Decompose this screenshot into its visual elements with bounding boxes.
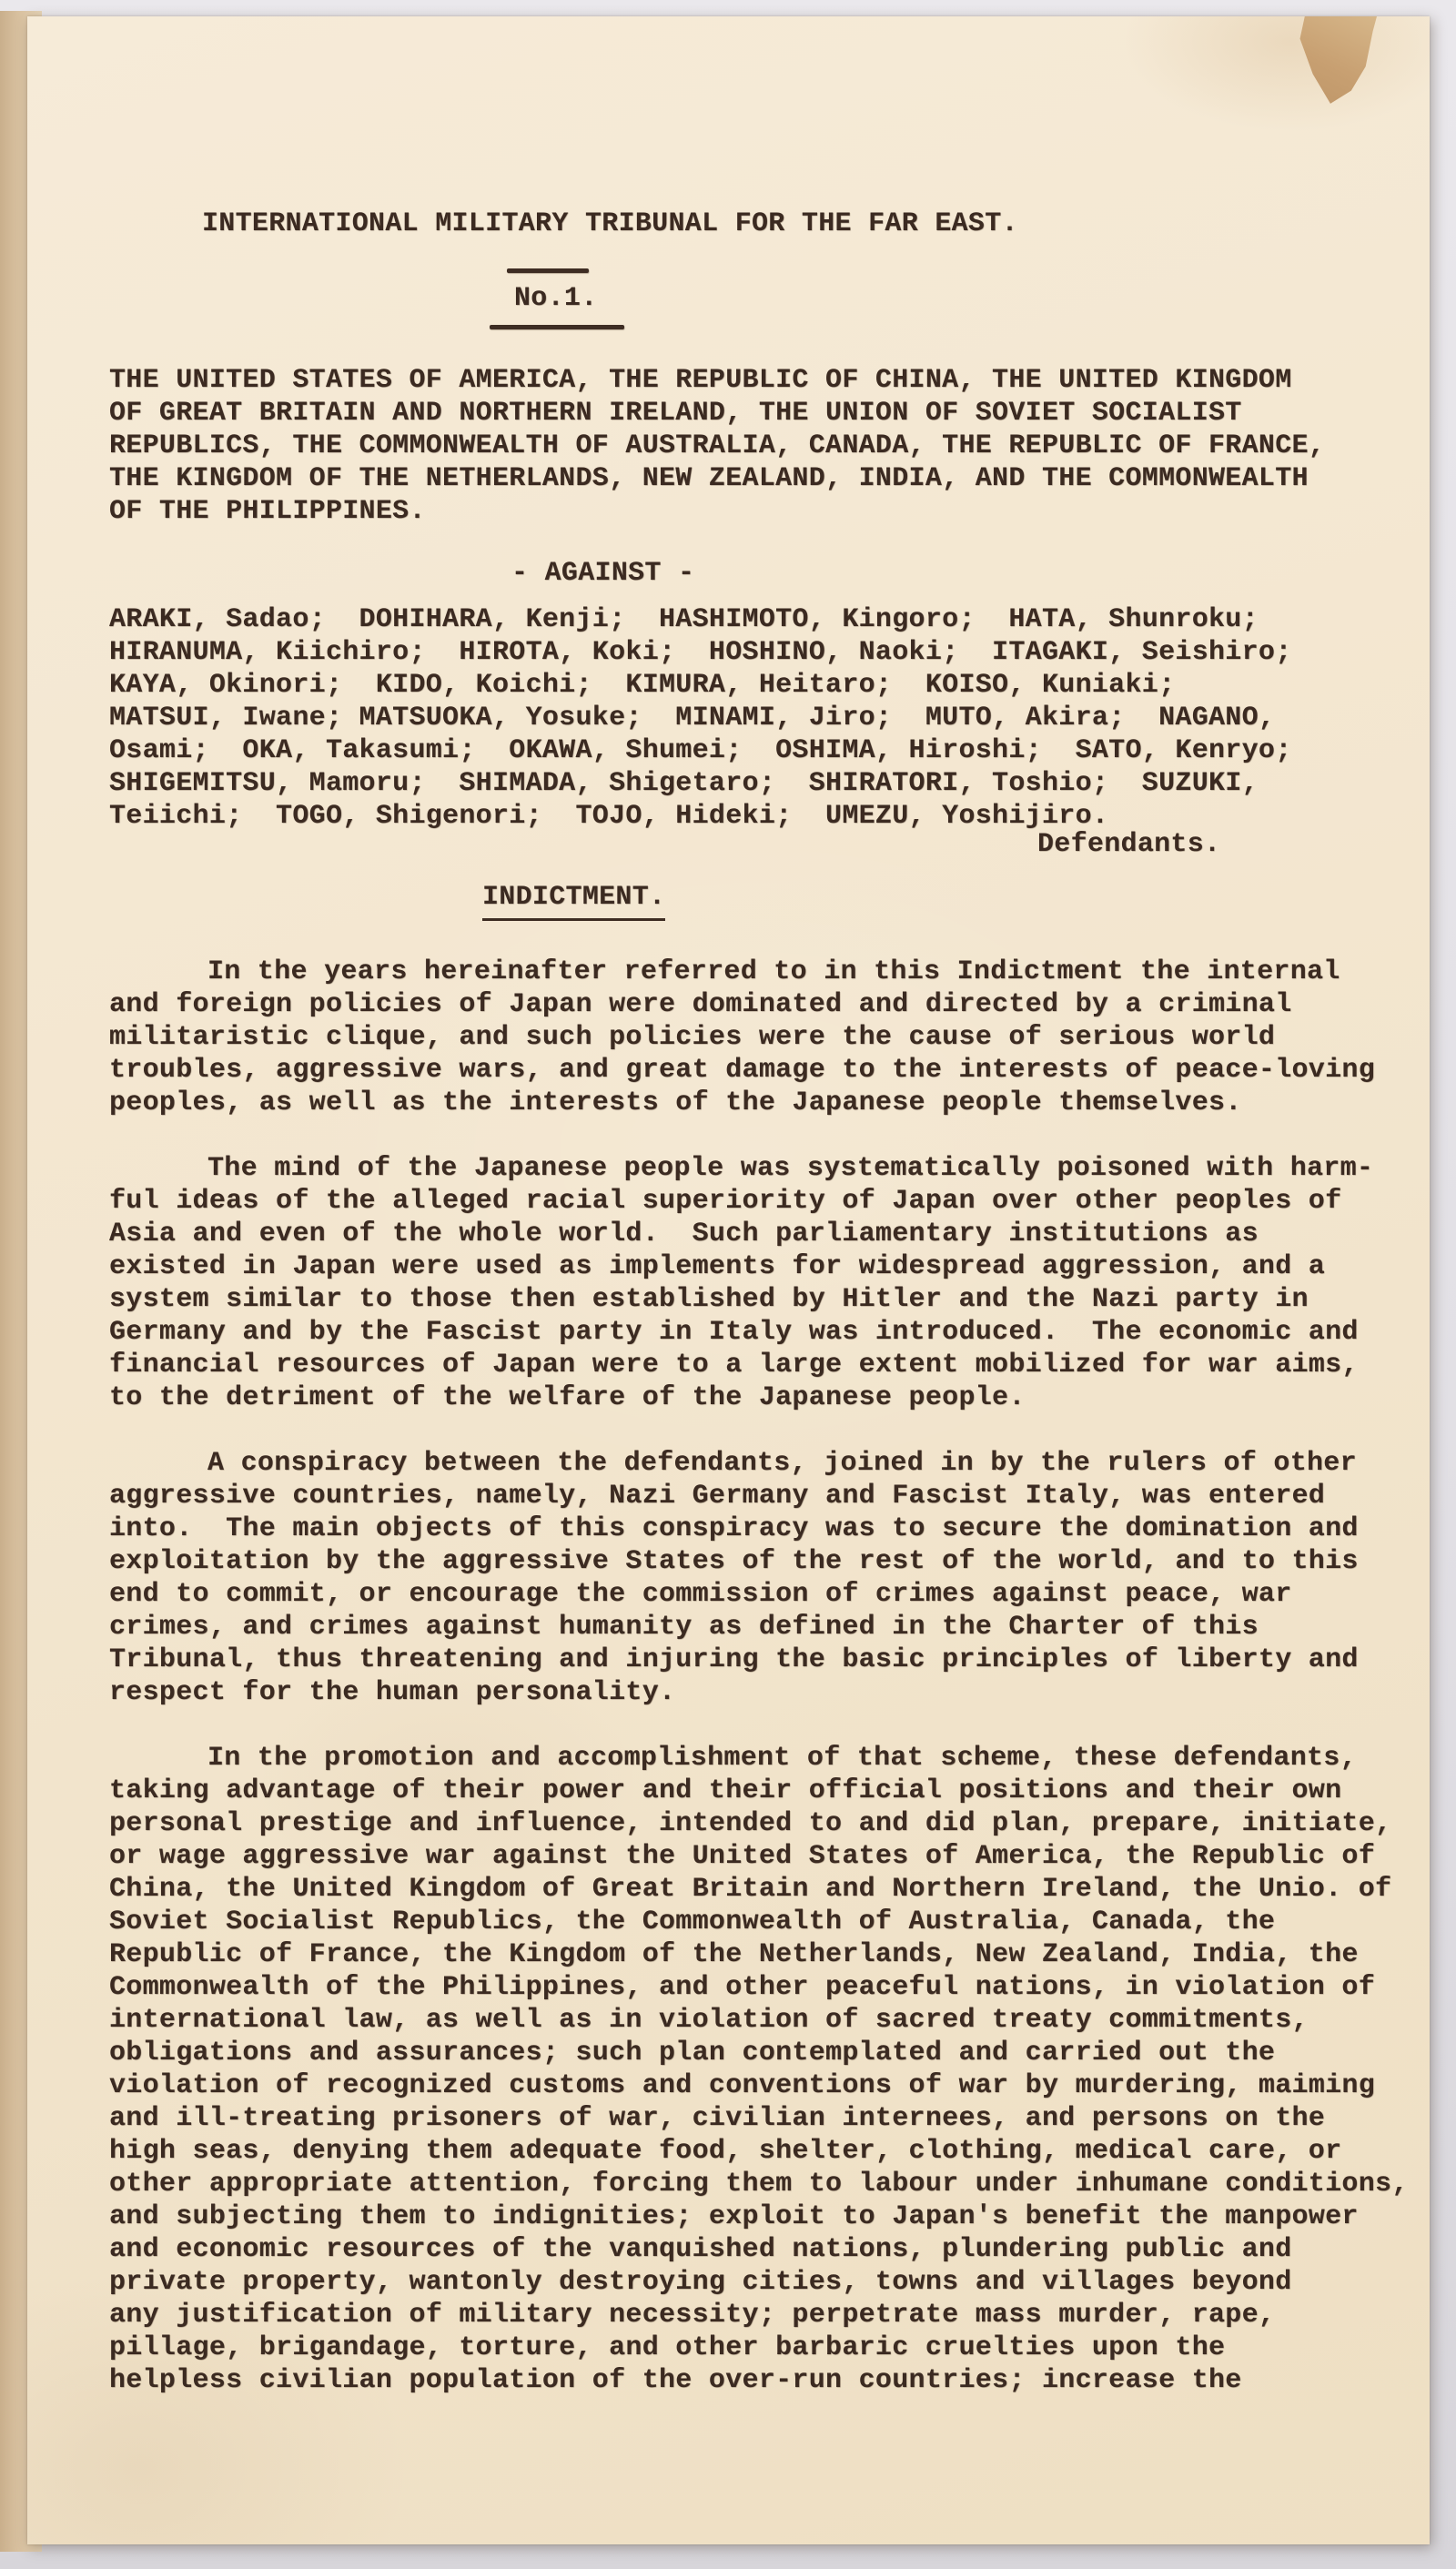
text-line: personal prestige and influence, intende… [109, 1807, 1409, 1840]
text-line: any justification of military necessity;… [109, 2299, 1409, 2331]
text-line: A conspiracy between the defendants, joi… [109, 1447, 1359, 1480]
text-line: MATSUI, Iwane; MATSUOKA, Yosuke; MINAMI,… [109, 702, 1292, 734]
text-line: into. The main objects of this conspirac… [109, 1512, 1359, 1545]
text-line: OF GREAT BRITAIN AND NORTHERN IRELAND, T… [109, 397, 1325, 430]
text-line: and foreign policies of Japan were domin… [109, 988, 1375, 1021]
defendants-list: ARAKI, Sadao; DOHIHARA, Kenji; HASHIMOTO… [109, 603, 1292, 833]
text-line: existed in Japan were used as implements… [109, 1250, 1373, 1283]
text-line: In the years hereinafter referred to in … [109, 956, 1375, 988]
paragraph-3: A conspiracy between the defendants, joi… [109, 1447, 1359, 1709]
text-line: obligations and assurances; such plan co… [109, 2037, 1409, 2069]
text-line: or wage aggressive war against the Unite… [109, 1840, 1409, 1873]
paragraph-4: In the promotion and accomplishment of t… [109, 1742, 1409, 2397]
text-line: end to commit, or encourage the commissi… [109, 1578, 1359, 1611]
text-line: system similar to those then established… [109, 1283, 1373, 1316]
text-line: financial resources of Japan were to a l… [109, 1349, 1373, 1381]
text-line: crimes, and crimes against humanity as d… [109, 1611, 1359, 1644]
text-line: The mind of the Japanese people was syst… [109, 1152, 1373, 1185]
text-line: helpless civilian population of the over… [109, 2364, 1409, 2397]
text-line: respect for the human personality. [109, 1676, 1359, 1709]
text-line: to the detriment of the welfare of the J… [109, 1381, 1373, 1414]
text-line: Osami; OKA, Takasumi; OKAWA, Shumei; OSH… [109, 734, 1292, 767]
text-line: militaristic clique, and such policies w… [109, 1021, 1375, 1054]
text-line: and subjecting them to indignities; expl… [109, 2200, 1409, 2233]
text-line: Tribunal, thus threatening and injuring … [109, 1644, 1359, 1676]
text-line: Germany and by the Fascist party in Ital… [109, 1316, 1373, 1349]
defendants-signoff: Defendants. [1037, 828, 1220, 861]
divider-rule-bottom [490, 325, 624, 329]
text-line: and ill-treating prisoners of war, civil… [109, 2102, 1409, 2135]
text-line: REPUBLICS, THE COMMONWEALTH OF AUSTRALIA… [109, 430, 1325, 462]
text-line: peoples, as well as the interests of the… [109, 1087, 1375, 1119]
document-title: INTERNATIONAL MILITARY TRIBUNAL FOR THE … [202, 207, 1018, 240]
case-number: No.1. [514, 282, 598, 315]
document-page: INTERNATIONAL MILITARY TRIBUNAL FOR THE … [27, 16, 1430, 2544]
paragraph-2: The mind of the Japanese people was syst… [109, 1152, 1373, 1414]
text-line: troubles, aggressive wars, and great dam… [109, 1054, 1375, 1087]
text-line: private property, wantonly destroying ci… [109, 2266, 1409, 2299]
text-line: OF THE PHILIPPINES. [109, 495, 1325, 528]
text-line: Soviet Socialist Republics, the Commonwe… [109, 1906, 1409, 1938]
text-line: ful ideas of the alleged racial superior… [109, 1185, 1373, 1218]
text-line: HIRANUMA, Kiichiro; HIROTA, Koki; HOSHIN… [109, 636, 1292, 669]
text-line: Asia and even of the whole world. Such p… [109, 1218, 1373, 1250]
text-line: THE KINGDOM OF THE NETHERLANDS, NEW ZEAL… [109, 462, 1325, 495]
text-line: high seas, denying them adequate food, s… [109, 2135, 1409, 2168]
text-line: SHIGEMITSU, Mamoru; SHIMADA, Shigetaro; … [109, 767, 1292, 800]
torn-corner-damage [1297, 16, 1377, 109]
text-line: pillage, brigandage, torture, and other … [109, 2331, 1409, 2364]
text-line: China, the United Kingdom of Great Brita… [109, 1873, 1409, 1906]
divider-rule-top [507, 268, 589, 273]
plaintiffs-block: THE UNITED STATES OF AMERICA, THE REPUBL… [109, 364, 1325, 528]
text-line: Commonwealth of the Philippines, and oth… [109, 1971, 1409, 2004]
text-line: other appropriate attention, forcing the… [109, 2168, 1409, 2200]
text-line: In the promotion and accomplishment of t… [109, 1742, 1409, 1775]
text-line: international law, as well as in violati… [109, 2004, 1409, 2037]
text-line: KAYA, Okinori; KIDO, Koichi; KIMURA, Hei… [109, 669, 1292, 702]
text-line: Republic of France, the Kingdom of the N… [109, 1938, 1409, 1971]
indictment-heading: INDICTMENT. [482, 881, 665, 921]
text-line: violation of recognized customs and conv… [109, 2069, 1409, 2102]
text-line: taking advantage of their power and thei… [109, 1775, 1409, 1807]
against-label: - AGAINST - [511, 557, 694, 590]
paragraph-1: In the years hereinafter referred to in … [109, 956, 1375, 1119]
text-line: ARAKI, Sadao; DOHIHARA, Kenji; HASHIMOTO… [109, 603, 1292, 636]
text-line: THE UNITED STATES OF AMERICA, THE REPUBL… [109, 364, 1325, 397]
text-line: and economic resources of the vanquished… [109, 2233, 1409, 2266]
text-line: exploitation by the aggressive States of… [109, 1545, 1359, 1578]
text-line: aggressive countries, namely, Nazi Germa… [109, 1480, 1359, 1512]
